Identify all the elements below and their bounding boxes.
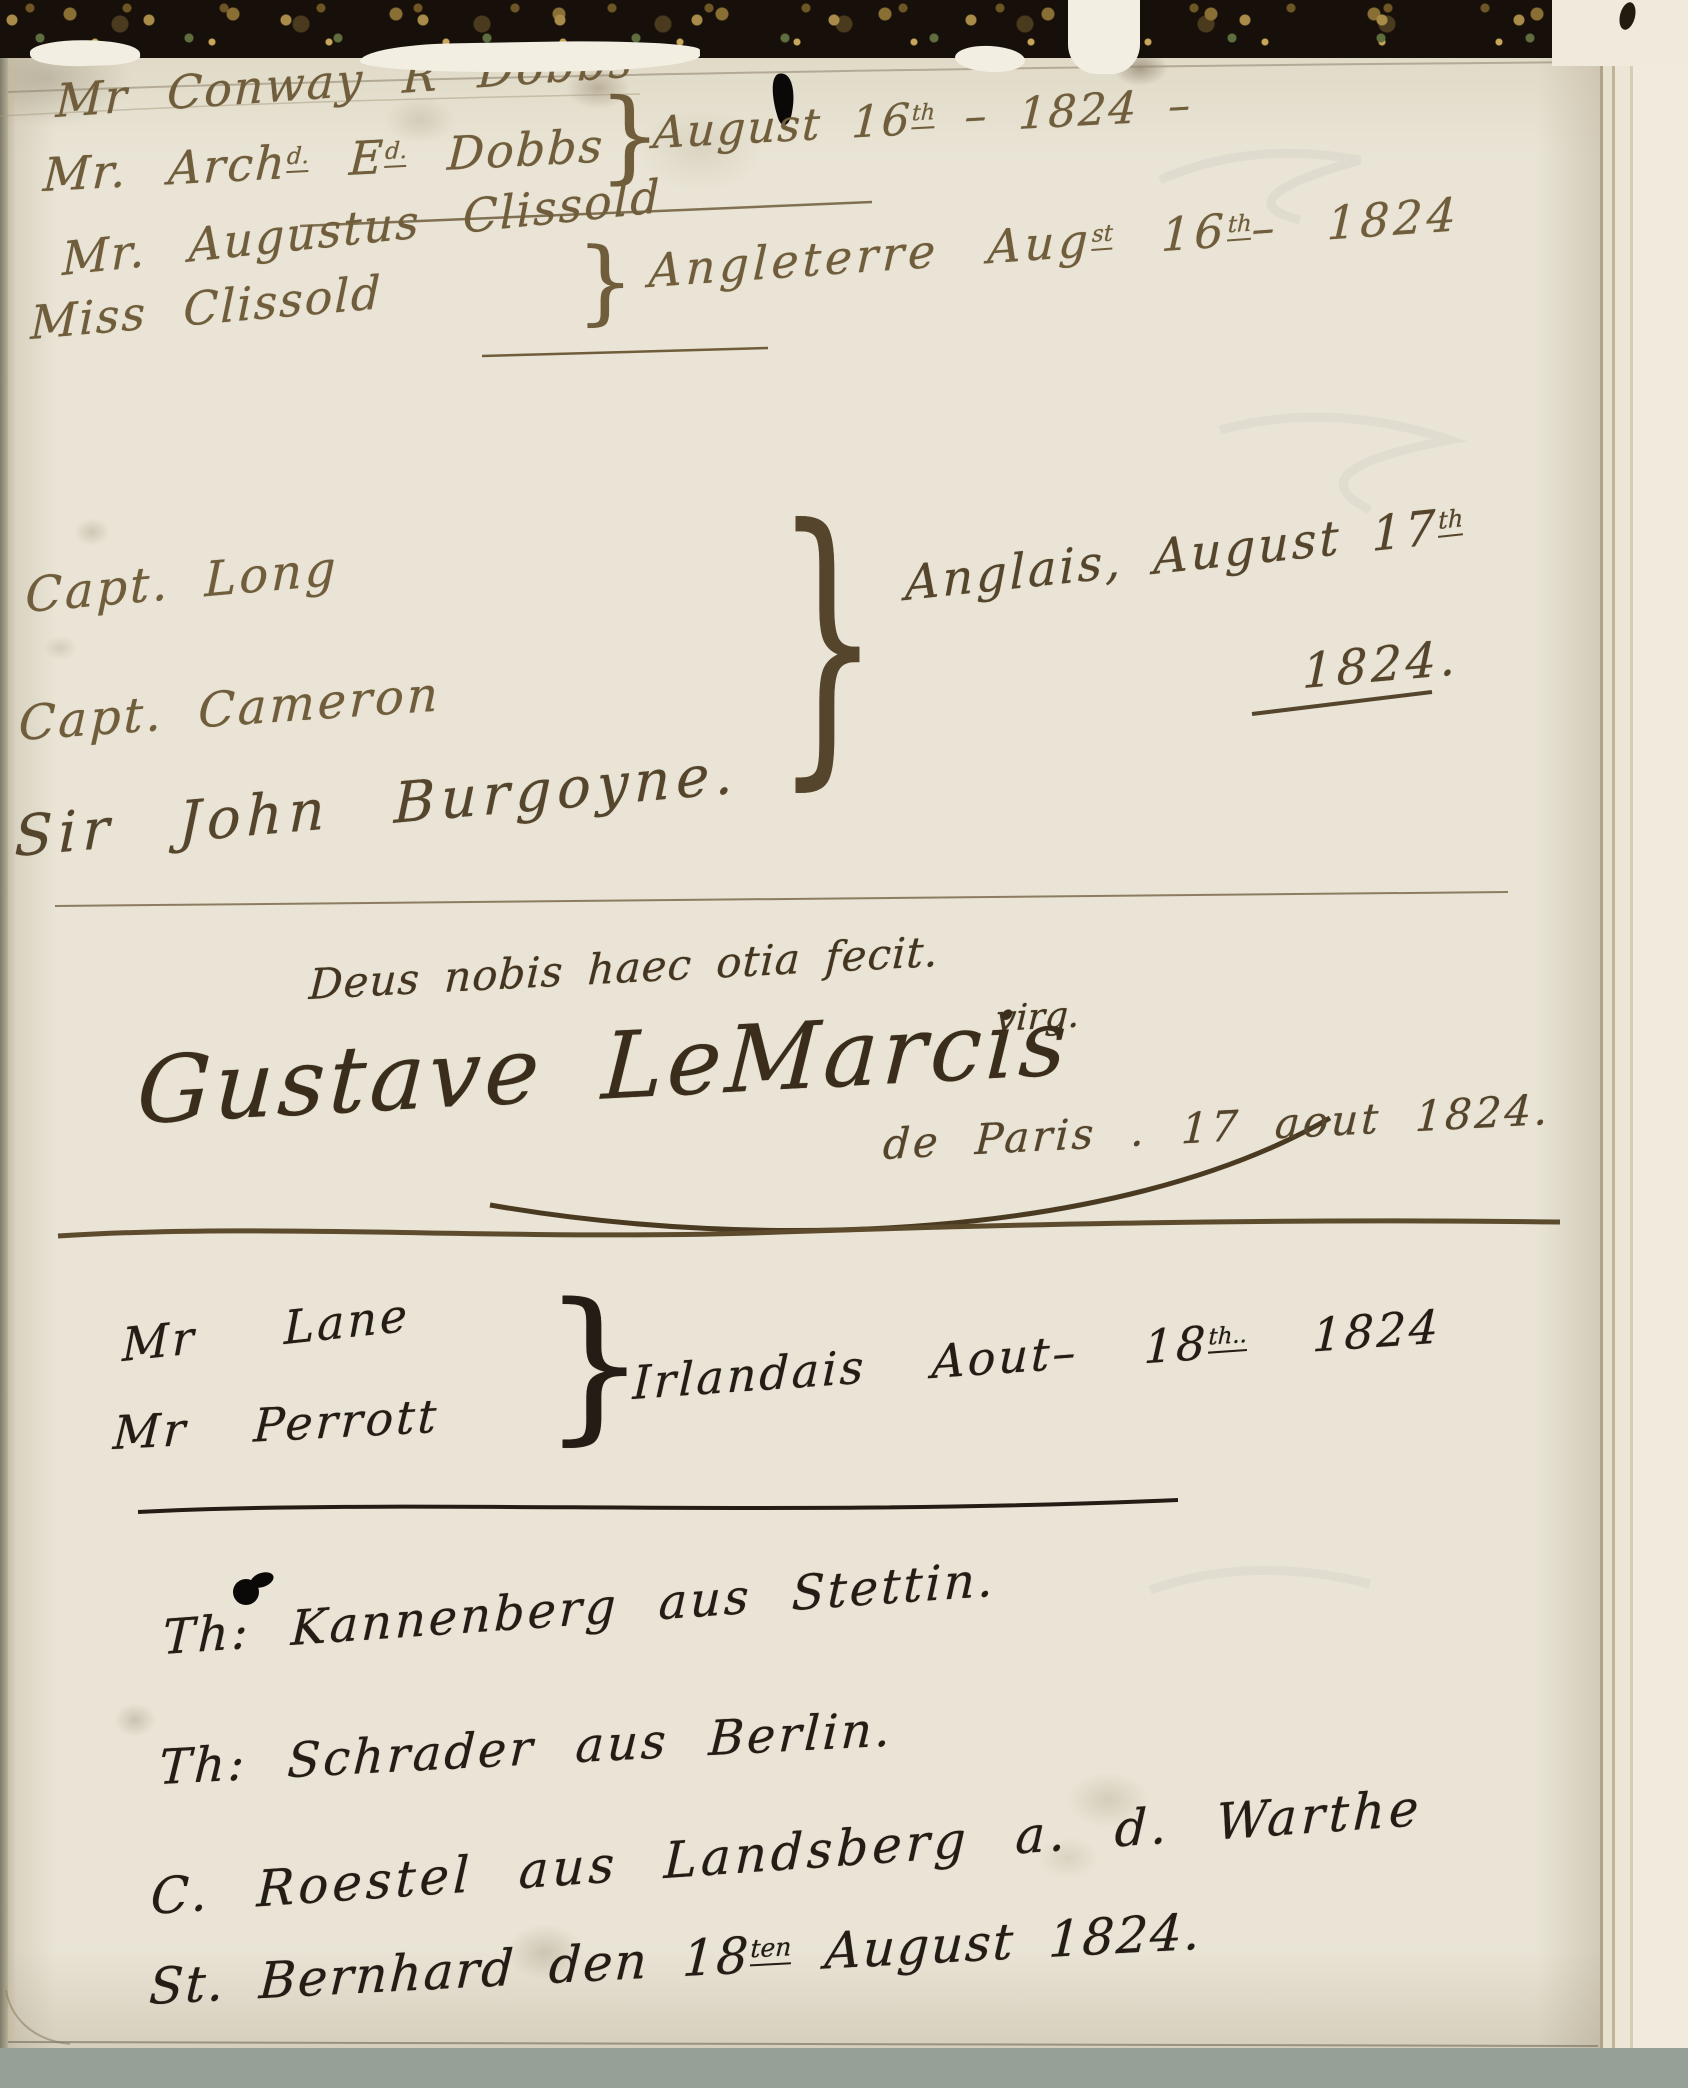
superscript: ten (750, 1932, 793, 1966)
superscript: d. (286, 143, 310, 173)
page-stack-edge (1600, 58, 1688, 2048)
superscript: th (1438, 504, 1463, 538)
marbled-cover-edge (0, 0, 1688, 58)
page-corner (1552, 0, 1688, 66)
superscript: th (911, 100, 935, 129)
superscript: th (1227, 210, 1252, 241)
superscript: st (1091, 220, 1113, 251)
entry-clissold-brace: } (576, 238, 635, 325)
guestbook-page-scan: Mr Conway R Dobbs Mr. Archd. Ed. Dobbs }… (0, 0, 1688, 2088)
date-text: 16 (1112, 203, 1229, 265)
entry-officers-brace: } (775, 498, 880, 783)
entry-lane-brace: } (542, 1286, 647, 1443)
superscript: th.. (1208, 1322, 1248, 1354)
superscript: d. (384, 138, 408, 168)
name-text: Dobbs (405, 118, 605, 183)
torn-paper-edge (1068, 0, 1140, 74)
name-text: E (307, 130, 386, 188)
binding-edge (0, 58, 16, 2048)
entry-officers-date-line2: 1824. (1302, 634, 1460, 696)
scanner-bed (0, 2048, 1688, 2088)
